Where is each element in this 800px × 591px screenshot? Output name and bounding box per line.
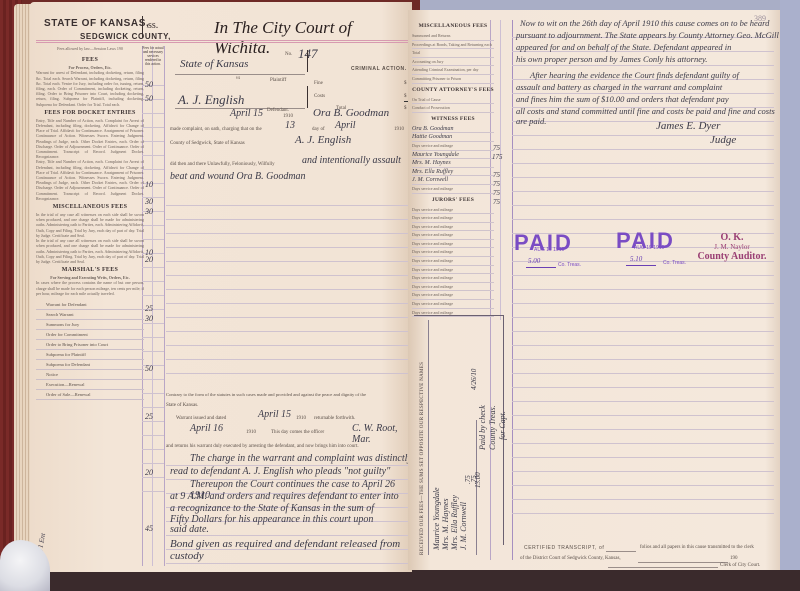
header-rule xyxy=(36,40,412,43)
case-no-label: No. xyxy=(285,52,292,57)
fee-amount: 20 xyxy=(145,468,153,477)
plaintiff-name: State of Kansas xyxy=(180,58,248,70)
witness-row: Mrs. M. Haynes xyxy=(412,159,494,168)
officer-name: C. W. Root, Mar. xyxy=(352,423,412,445)
receipt-paid-note: County Treas. xyxy=(488,405,497,450)
marshal-row: Warrant for Defendant xyxy=(36,300,144,310)
judgment-line: assault and battery as charged in the wa… xyxy=(516,82,722,92)
backdrop xyxy=(780,0,800,591)
plaintiff-label: Plaintiff xyxy=(270,78,286,83)
paid-stamp-amount: 5.10 xyxy=(630,255,642,263)
fee-row: Total xyxy=(412,49,494,58)
county-attorney-heading: COUNTY ATTORNEY'S FEES xyxy=(412,87,494,93)
fee-amount: 25 xyxy=(145,304,153,313)
header-brace xyxy=(142,16,146,38)
statute-text: Contrary to the form of the statutes in … xyxy=(166,392,366,397)
fee-note: Fees allowed by law—Session Laws 190 xyxy=(36,46,144,51)
fee-row: Proceedings at Bonds, Taking and Returni… xyxy=(412,41,494,50)
fee-text: Entry, Title and Number of Action, each.… xyxy=(36,159,144,201)
brace xyxy=(307,50,308,72)
warrant-date: April 15 xyxy=(258,409,291,420)
marshal-row: Summons for Jury xyxy=(36,320,144,330)
marshal-row: Order to Bring Prisoner into Court xyxy=(36,340,144,350)
witness-row: Hattie Goodman xyxy=(412,133,494,142)
fee-amount: 25 xyxy=(145,412,153,421)
witness-amount: 175 xyxy=(492,153,503,161)
judgment-line: and fines him the sum of $10.00 and orde… xyxy=(516,94,729,104)
action-type: CRIMINAL ACTION. xyxy=(351,66,407,72)
witness-row: Days service and mileage xyxy=(412,142,494,151)
fee-amount: 50 xyxy=(145,364,153,373)
witness-amount: 75 xyxy=(493,171,500,179)
officer-year: 1910 xyxy=(246,430,256,435)
fee-text: In the trial of any case all witnesses o… xyxy=(36,212,144,238)
amount-ruling xyxy=(142,72,164,492)
total-dollar: $ xyxy=(404,106,407,111)
defendant-label: Defendant. xyxy=(267,108,289,113)
cert-clerk-line xyxy=(608,567,718,568)
brace xyxy=(307,86,308,108)
cert-line1-b: folios and all papers in this cause tran… xyxy=(640,545,754,550)
fee-row: On Trial of Cause xyxy=(412,96,494,105)
receipt-name: Maurice Youngdale xyxy=(432,487,441,550)
judgment-line: all costs and stand committed until fine… xyxy=(516,106,780,126)
cert-line3: Clerk of City Court. xyxy=(720,563,760,568)
fee-amount: 10 xyxy=(145,180,153,189)
officer-date: April 16 xyxy=(190,423,223,434)
judgment-line: pursuant to adjournment. The State appea… xyxy=(516,30,779,40)
witness-amount: 75 xyxy=(493,144,500,152)
fee-amount: 20 xyxy=(145,255,153,264)
receipt-paid-note: for Capt. xyxy=(498,411,507,440)
column-divider xyxy=(164,46,165,566)
year-label: 1910 xyxy=(394,127,404,132)
paid-stamp-treas: Co. Treas. xyxy=(663,260,686,266)
plaintiff-line xyxy=(175,74,305,75)
judge-title: Judge xyxy=(710,134,736,146)
fee-text: Warrant for arrest of Defendant, includi… xyxy=(36,70,144,106)
marshal-row: Subpoena for Defendant xyxy=(36,360,144,370)
day-of-label: day of xyxy=(312,127,325,132)
charge-hand-2: beat and wound Ora B. Goodman xyxy=(170,171,306,182)
witness-row: Maurice Youngdale xyxy=(412,151,494,160)
fee-row: Accounting on Jury xyxy=(412,58,494,67)
officer-text: This day comes the officer xyxy=(271,430,324,435)
amount-column-header: Fees for actual and necessary services r… xyxy=(142,46,164,66)
fine-dollar: $ xyxy=(404,81,407,86)
witness-amount: 75 xyxy=(493,180,500,188)
county-text: County of Sedgwick, State of Kansas xyxy=(170,141,245,146)
fee-schedule-column: Fees allowed by law—Session Laws 190 FEE… xyxy=(36,46,144,566)
proceedings-line: said date. xyxy=(170,524,209,535)
cert-line2-a: of the District Court of Sedgwick County… xyxy=(520,556,621,561)
receipt-date: 4/26/10 xyxy=(470,369,478,390)
juror-row: Days service and mileage xyxy=(412,223,494,232)
receipt-name: J. M. Cornwell xyxy=(459,502,468,550)
costs-label: Costs xyxy=(314,94,325,99)
fee-amount: 50 xyxy=(145,80,153,89)
state-text: State of Kansas. xyxy=(166,403,198,408)
auditor-ok: O. K. xyxy=(684,232,780,243)
right-fee-column: MISCELLANEOUS FEES Summoned and Returns … xyxy=(412,20,494,317)
table-surface xyxy=(0,570,800,591)
auditor-title: County Auditor. xyxy=(684,251,780,262)
fee-text: In the trial of any case all witnesses o… xyxy=(36,238,144,264)
receipt-paid-note: Paid by check xyxy=(478,405,487,450)
juror-row: Days service and mileage xyxy=(412,283,494,292)
marshal-row: Order for Commitment xyxy=(36,330,144,340)
fee-amount: 30 xyxy=(145,314,153,323)
fine-label: Fine xyxy=(314,81,323,86)
juror-row: Days service and mileage xyxy=(412,206,494,215)
paid-stamp-date: AUG 19 1910 xyxy=(634,245,664,251)
header-state: STATE OF KANSAS, xyxy=(44,18,149,29)
fee-row: Attending Criminal Examination, per day xyxy=(412,66,494,75)
judge-signature: James E. Dyer xyxy=(656,120,720,132)
complaint-date: April 15 xyxy=(230,108,263,119)
proceedings-line: at 9 A.M. and orders and requires defend… xyxy=(170,491,399,502)
jurors-fees-heading: JURORS' FEES xyxy=(412,197,494,203)
fee-heading-docket: FEES FOR DOCKET ENTRIES xyxy=(36,110,144,116)
fee-text: In cases where the process contains the … xyxy=(36,280,144,296)
proceedings-line: a recognizance to the State of Kansas in… xyxy=(170,503,374,514)
warrant-year: 1910 xyxy=(296,416,306,421)
juror-row: Days service and mileage xyxy=(412,291,494,300)
column-divider xyxy=(500,20,501,320)
proceedings-line: read to defendant A. J. English who plea… xyxy=(170,466,390,477)
juror-row: Days service and mileage xyxy=(412,248,494,257)
accused-name: A. J. English xyxy=(295,134,351,146)
marshal-rows: Warrant for Defendant Search Warrant Sum… xyxy=(36,300,144,400)
defendant-name: A. J. English xyxy=(178,92,244,108)
juror-row: Days service and mileage xyxy=(412,185,494,194)
witness-amount: 75 xyxy=(493,189,500,197)
judgment-line: Now to wit on the 26th day of April 1910… xyxy=(520,18,769,28)
juror-row: Days service and mileage xyxy=(412,214,494,223)
receipt-name: Mrs. Ella Ruffley xyxy=(450,495,459,550)
marshal-row: Order of Sale—Renewal xyxy=(36,390,144,400)
cert-line2-b: 190 xyxy=(730,556,738,561)
complainant-name: Ora B. Goodman xyxy=(313,107,389,119)
receipt-heading: RECEIVED OUR FEES—THE SUMS SET OPPOSITE … xyxy=(420,362,425,555)
costs-dollar: $ xyxy=(404,94,407,99)
juror-row: Days service and mileage xyxy=(412,240,494,249)
witness-row: Mrs. Ella Ruffley xyxy=(412,168,494,177)
charge-hand-1: and intentionally assault xyxy=(302,155,401,166)
header-ss: ss. xyxy=(148,20,158,31)
juror-row: Days service and mileage xyxy=(412,231,494,240)
auditor-stamp: O. K. J. M. Naylor County Auditor. xyxy=(684,232,780,262)
misc-fees-heading: MISCELLANEOUS FEES xyxy=(412,23,494,29)
juror-row: Days service and mileage xyxy=(412,274,494,283)
paid-stamp-treas: Co. Treas. xyxy=(558,262,581,268)
fee-row: Conduct of Prosecution xyxy=(412,104,494,113)
witness-row: Ora B. Goodman xyxy=(412,125,494,134)
fee-amount: 30 xyxy=(145,207,153,216)
stamp-line xyxy=(526,267,556,268)
juror-row: Days service and mileage xyxy=(412,300,494,309)
marshal-row: Execution—Renewal xyxy=(36,380,144,390)
day-value: 13 xyxy=(285,120,295,131)
fee-heading-fees: FEES xyxy=(36,57,144,63)
fee-row: Committing Prisoner to Prison xyxy=(412,75,494,84)
stamp-line xyxy=(626,265,656,266)
receipt-name: Mrs. M. Haynes xyxy=(441,498,450,550)
paid-stamp-date: AUG 19 1910 xyxy=(534,247,564,253)
left-page: STATE OF KANSAS, SEDGWICK COUNTY, ss. In… xyxy=(30,2,412,572)
receipt-divider xyxy=(428,320,429,555)
marshal-row: Search Warrant xyxy=(36,310,144,320)
charge-prefix: did then and there Unlawfully, Felonious… xyxy=(170,162,275,167)
juror-row: Days service and mileage xyxy=(412,257,494,266)
fee-heading-misc: MISCELLANEOUS FEES xyxy=(36,204,144,210)
vs-label: vs xyxy=(236,76,240,81)
fee-amount: 50 xyxy=(145,94,153,103)
receipt-total: 13.00 xyxy=(474,472,482,488)
judgment-line: After hearing the evidence the Court fin… xyxy=(530,70,739,80)
fee-row: Summoned and Returns xyxy=(412,32,494,41)
fee-text: Entry, Title and Number of Action, each.… xyxy=(36,118,144,160)
paid-stamp-amount: 5.00 xyxy=(528,257,540,265)
judgment-line: his own proper person and by James Conly… xyxy=(516,54,707,64)
month-value: April xyxy=(335,120,356,131)
cert-line1-a: CERTIFIED TRANSCRIPT, of xyxy=(524,545,604,551)
auditor-name: J. M. Naylor xyxy=(684,243,780,251)
fee-amount: 45 xyxy=(145,524,153,533)
return-text: and returns his warrant duly executed by… xyxy=(166,444,359,449)
witness-row: J. M. Cornwell xyxy=(412,176,494,185)
fee-heading-marshal: MARSHAL'S FEES xyxy=(36,267,144,273)
complaint-year: 1910 xyxy=(283,114,293,119)
warrant-label: Warrant issued and dated xyxy=(176,416,226,421)
cert-folios-line xyxy=(606,551,636,552)
juror-row: Days service and mileage xyxy=(412,266,494,275)
cert-date-line xyxy=(638,562,728,563)
proceedings-line: Bond given as required and defendant rel… xyxy=(170,538,412,562)
form-ruling xyxy=(166,192,412,387)
witness-fees-heading: WITNESS FEES xyxy=(412,116,494,122)
proceedings-line: The charge in the warrant and complaint … xyxy=(190,453,412,464)
marshal-row: Notice xyxy=(36,370,144,380)
complaint-text: made complaint, on oath, charging that o… xyxy=(170,127,262,132)
judgment-line: appeared for and on behalf of the State.… xyxy=(516,42,731,52)
backdrop xyxy=(420,0,800,10)
fee-amount: 30 xyxy=(145,197,153,206)
marshal-row: Subpoena for Plaintiff xyxy=(36,350,144,360)
right-page: 389 MISCELLANEOUS FEES Summoned and Retu… xyxy=(408,10,780,570)
witness-amount: 75 xyxy=(493,198,500,206)
returnable-text: returnable forthwith. xyxy=(314,416,355,421)
